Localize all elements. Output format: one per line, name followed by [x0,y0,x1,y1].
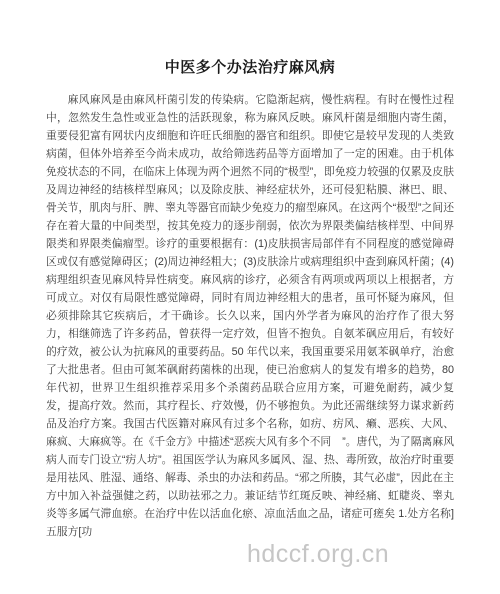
document-body: 麻风麻风是由麻风杆菌引发的传染病。它隐渐起病，慢性病程。有时在慢性过程中，忽然发… [46,91,454,541]
body-paragraph: 麻风麻风是由麻风杆菌引发的传染病。它隐渐起病，慢性病程。有时在慢性过程中，忽然发… [46,91,454,541]
document-page: 中医多个办法治疗麻风病 麻风麻风是由麻风杆菌引发的传染病。它隐渐起病，慢性病程。… [0,0,500,594]
watermark-text: hdccf.org.cn [247,540,389,569]
document-title: 中医多个办法治疗麻风病 [0,0,500,77]
